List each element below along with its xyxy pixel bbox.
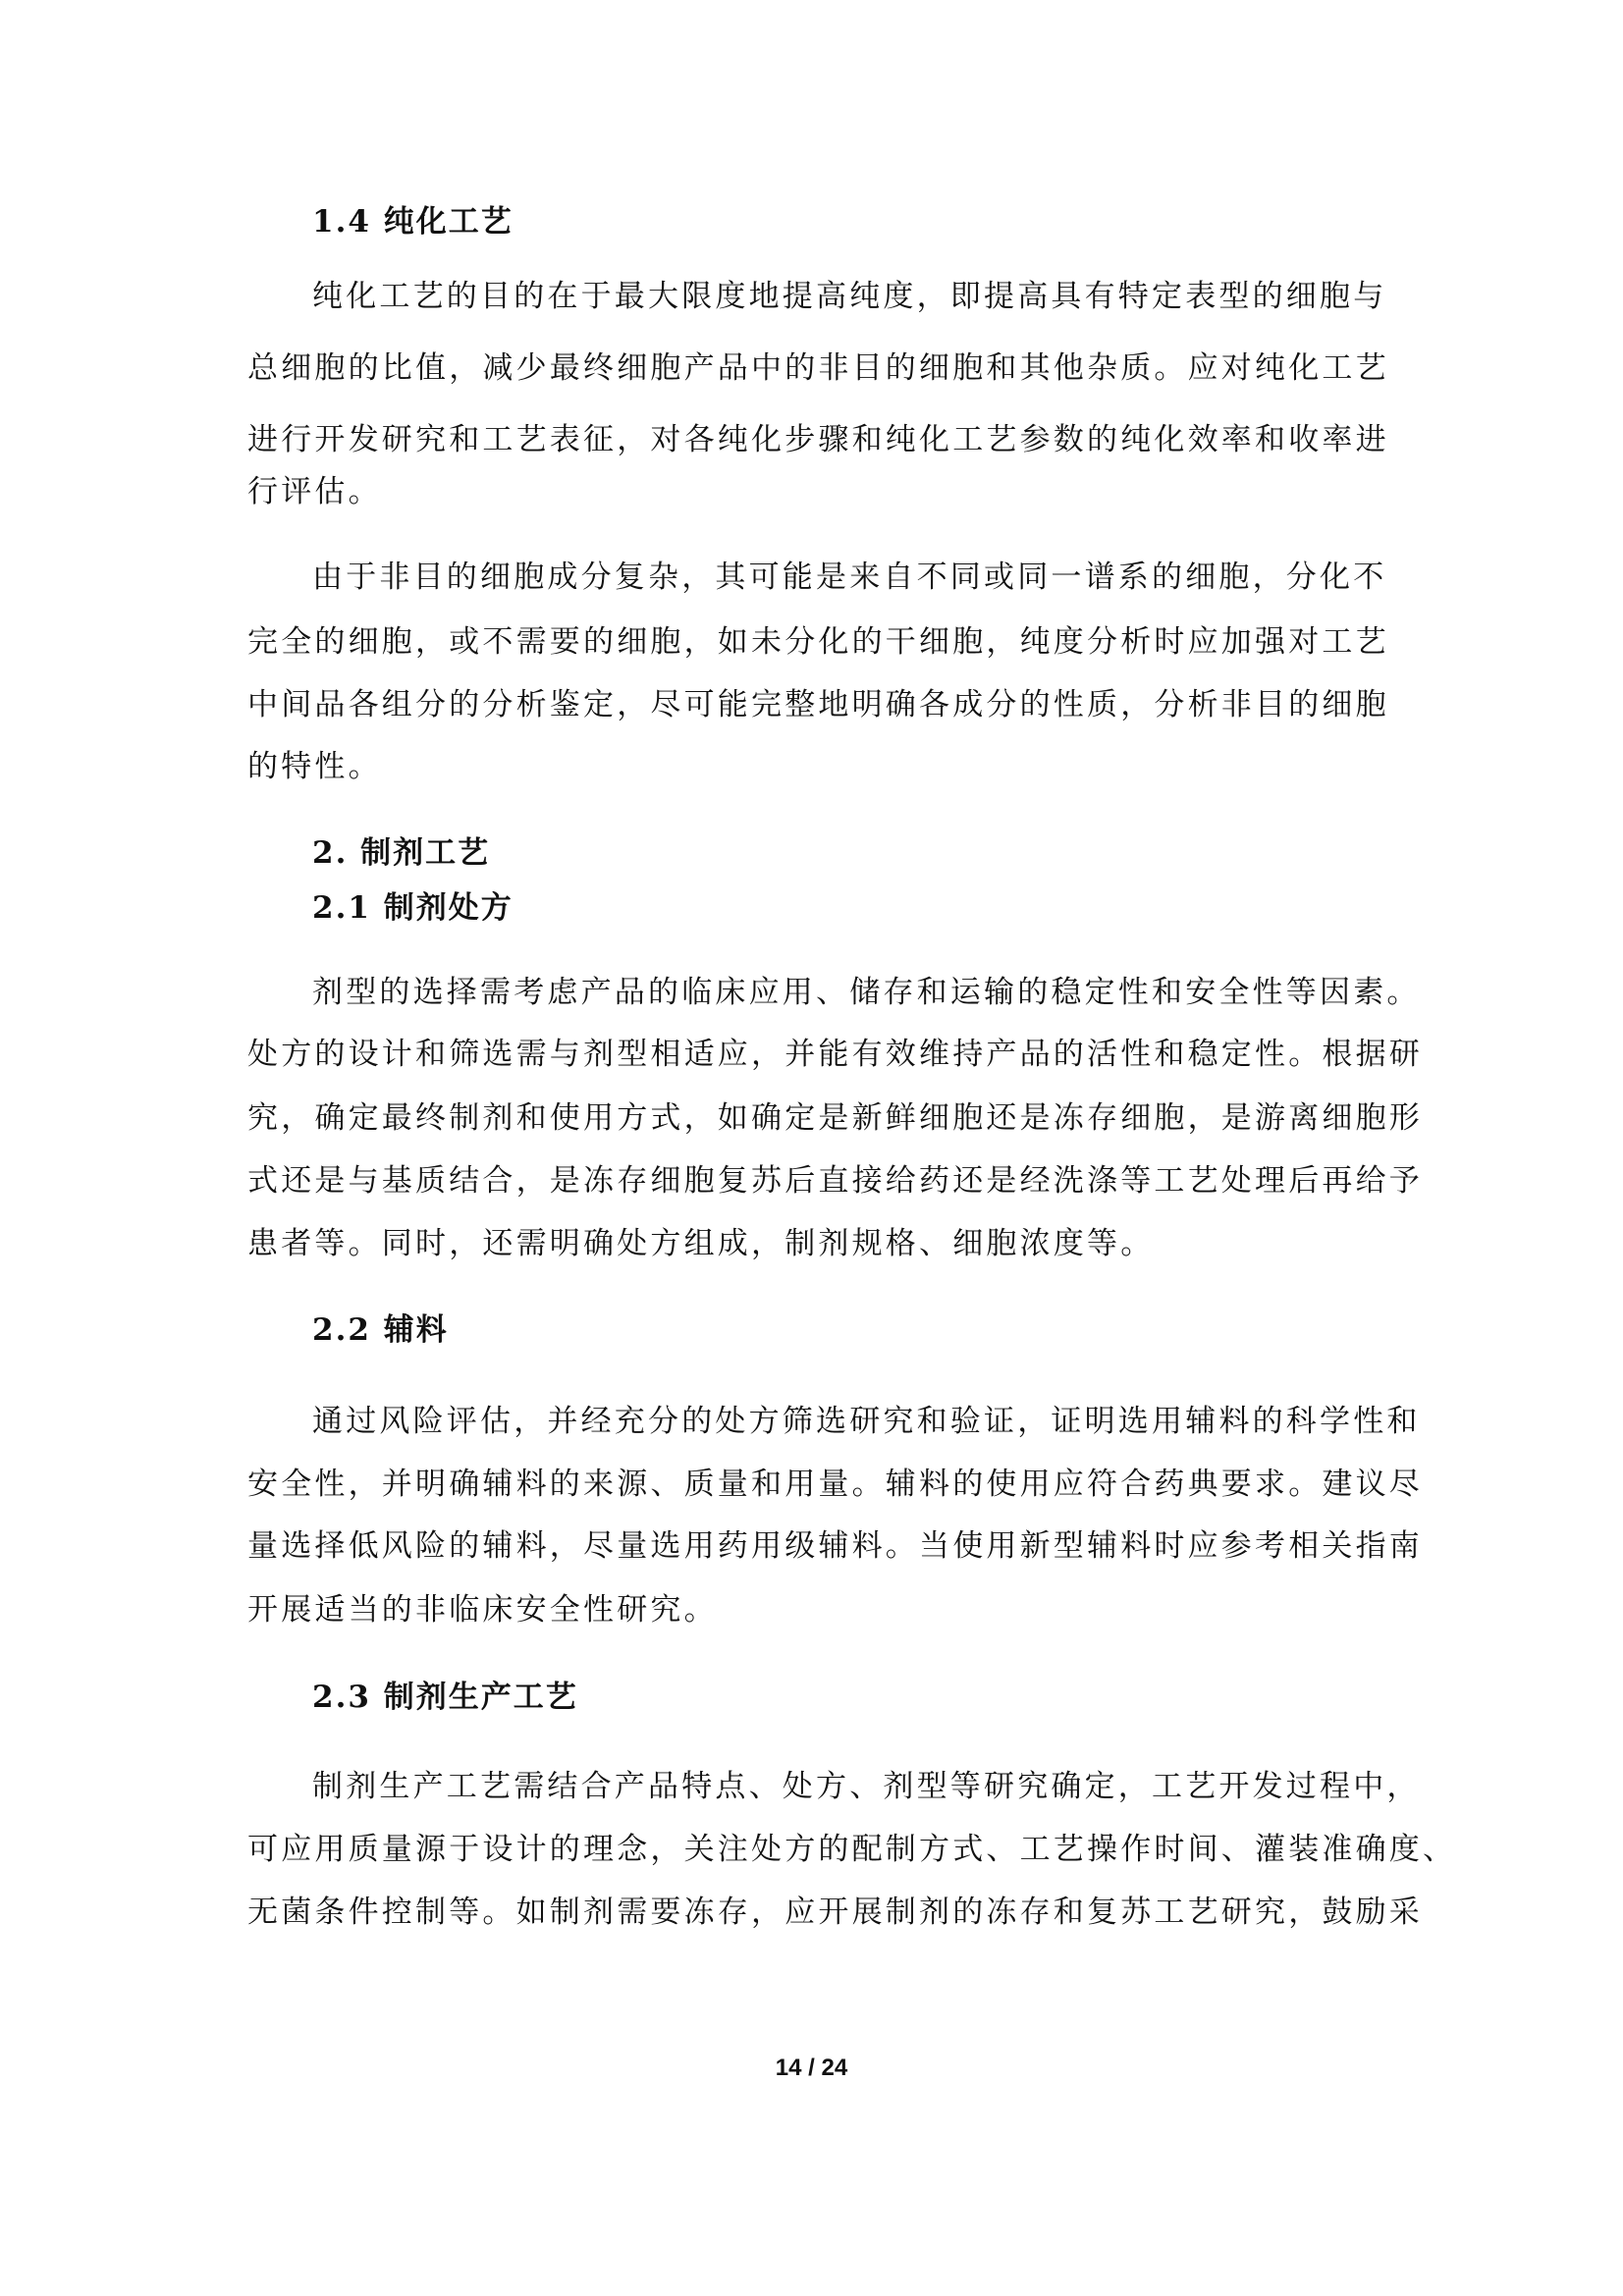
paragraph-line: 中间品各组分的分析鉴定，尽可能完整地明确各成分的性质，分析非目的细胞 [247, 685, 1389, 724]
paragraph-line: 剂型的选择需考虑产品的临床应用、储存和运输的稳定性和安全性等因素。 [312, 973, 1421, 1012]
paragraph-line: 究，确定最终制剂和使用方式，如确定是新鲜细胞还是冻存细胞，是游离细胞形 [247, 1098, 1423, 1138]
section-heading-2-1: 2.1 制剂处方 [312, 888, 514, 928]
paragraph-line: 患者等。同时，还需明确处方组成，制剂规格、细胞浓度等。 [247, 1224, 1154, 1263]
paragraph-line: 纯化工艺的目的在于最大限度地提高纯度，即提高具有特定表型的细胞与 [312, 277, 1386, 316]
paragraph-line: 的特性。 [247, 747, 382, 786]
paragraph-line: 开展适当的非临床安全性研究。 [247, 1590, 718, 1629]
section-heading-2-3: 2.3 制剂生产工艺 [312, 1678, 578, 1717]
section-heading-2-2: 2.2 辅料 [312, 1310, 449, 1350]
paragraph-line: 可应用质量源于设计的理念，关注处方的配制方式、工艺操作时间、灌装准确度、 [247, 1830, 1456, 1869]
paragraph-line: 量选择低风险的辅料，尽量选用药用级辅料。当使用新型辅料时应参考相关指南 [247, 1526, 1423, 1566]
paragraph-line: 安全性，并明确辅料的来源、质量和用量。辅料的使用应符合药典要求。建议尽 [247, 1465, 1423, 1504]
paragraph-line: 由于非目的细胞成分复杂，其可能是来自不同或同一谱系的细胞，分化不 [312, 558, 1386, 597]
section-heading-1-4: 1.4 纯化工艺 [312, 202, 514, 241]
paragraph-line: 完全的细胞，或不需要的细胞，如未分化的干细胞，纯度分析时应加强对工艺 [247, 622, 1389, 662]
paragraph-line: 制剂生产工艺需结合产品特点、处方、剂型等研究确定，工艺开发过程中， [312, 1767, 1421, 1806]
paragraph-line: 式还是与基质结合，是冻存细胞复苏后直接给药还是经洗涤等工艺处理后再给予 [247, 1161, 1423, 1201]
paragraph-line: 通过风险评估，并经充分的处方筛选研究和验证，证明选用辅料的科学性和 [312, 1402, 1421, 1441]
paragraph-line: 总细胞的比值，减少最终细胞产品中的非目的细胞和其他杂质。应对纯化工艺 [247, 348, 1389, 388]
paragraph-line: 无菌条件控制等。如制剂需要冻存，应开展制剂的冻存和复苏工艺研究，鼓励采 [247, 1893, 1423, 1932]
section-heading-2: 2. 制剂工艺 [312, 833, 490, 873]
paragraph-line: 处方的设计和筛选需与剂型相适应，并能有效维持产品的活性和稳定性。根据研 [247, 1035, 1423, 1074]
page-number: 14 / 24 [0, 2055, 1623, 2082]
paragraph-line: 行评估。 [247, 472, 382, 511]
paragraph-line: 进行开发研究和工艺表征，对各纯化步骤和纯化工艺参数的纯化效率和收率进 [247, 420, 1389, 459]
